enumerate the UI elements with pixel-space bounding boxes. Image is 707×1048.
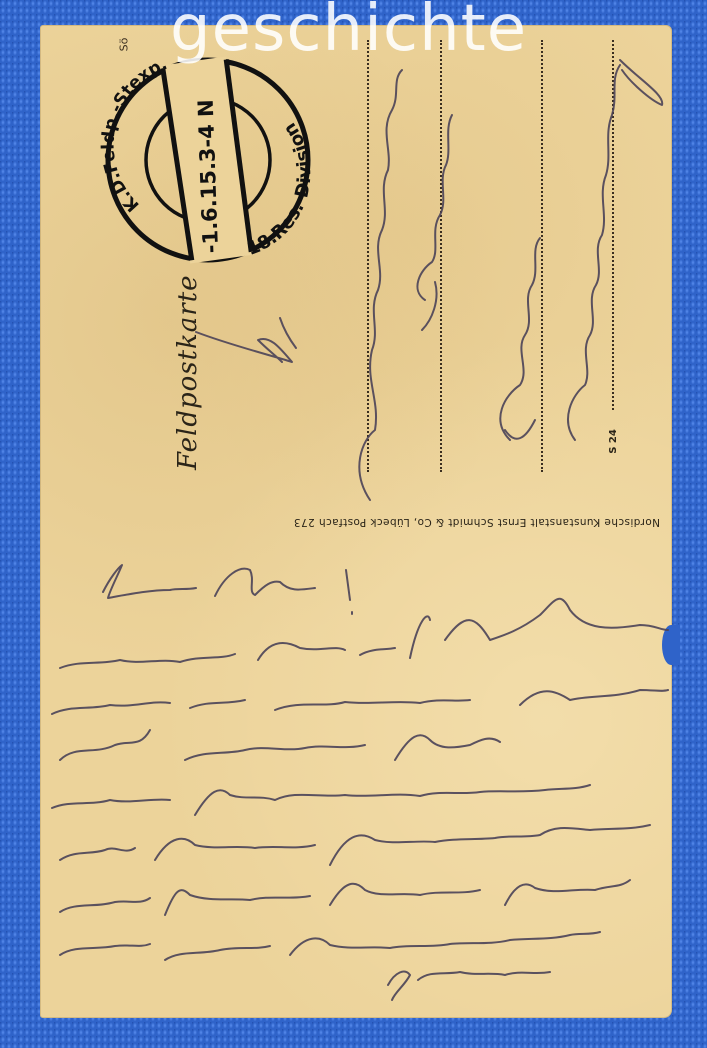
watermark-text: geschichte bbox=[170, 0, 527, 66]
